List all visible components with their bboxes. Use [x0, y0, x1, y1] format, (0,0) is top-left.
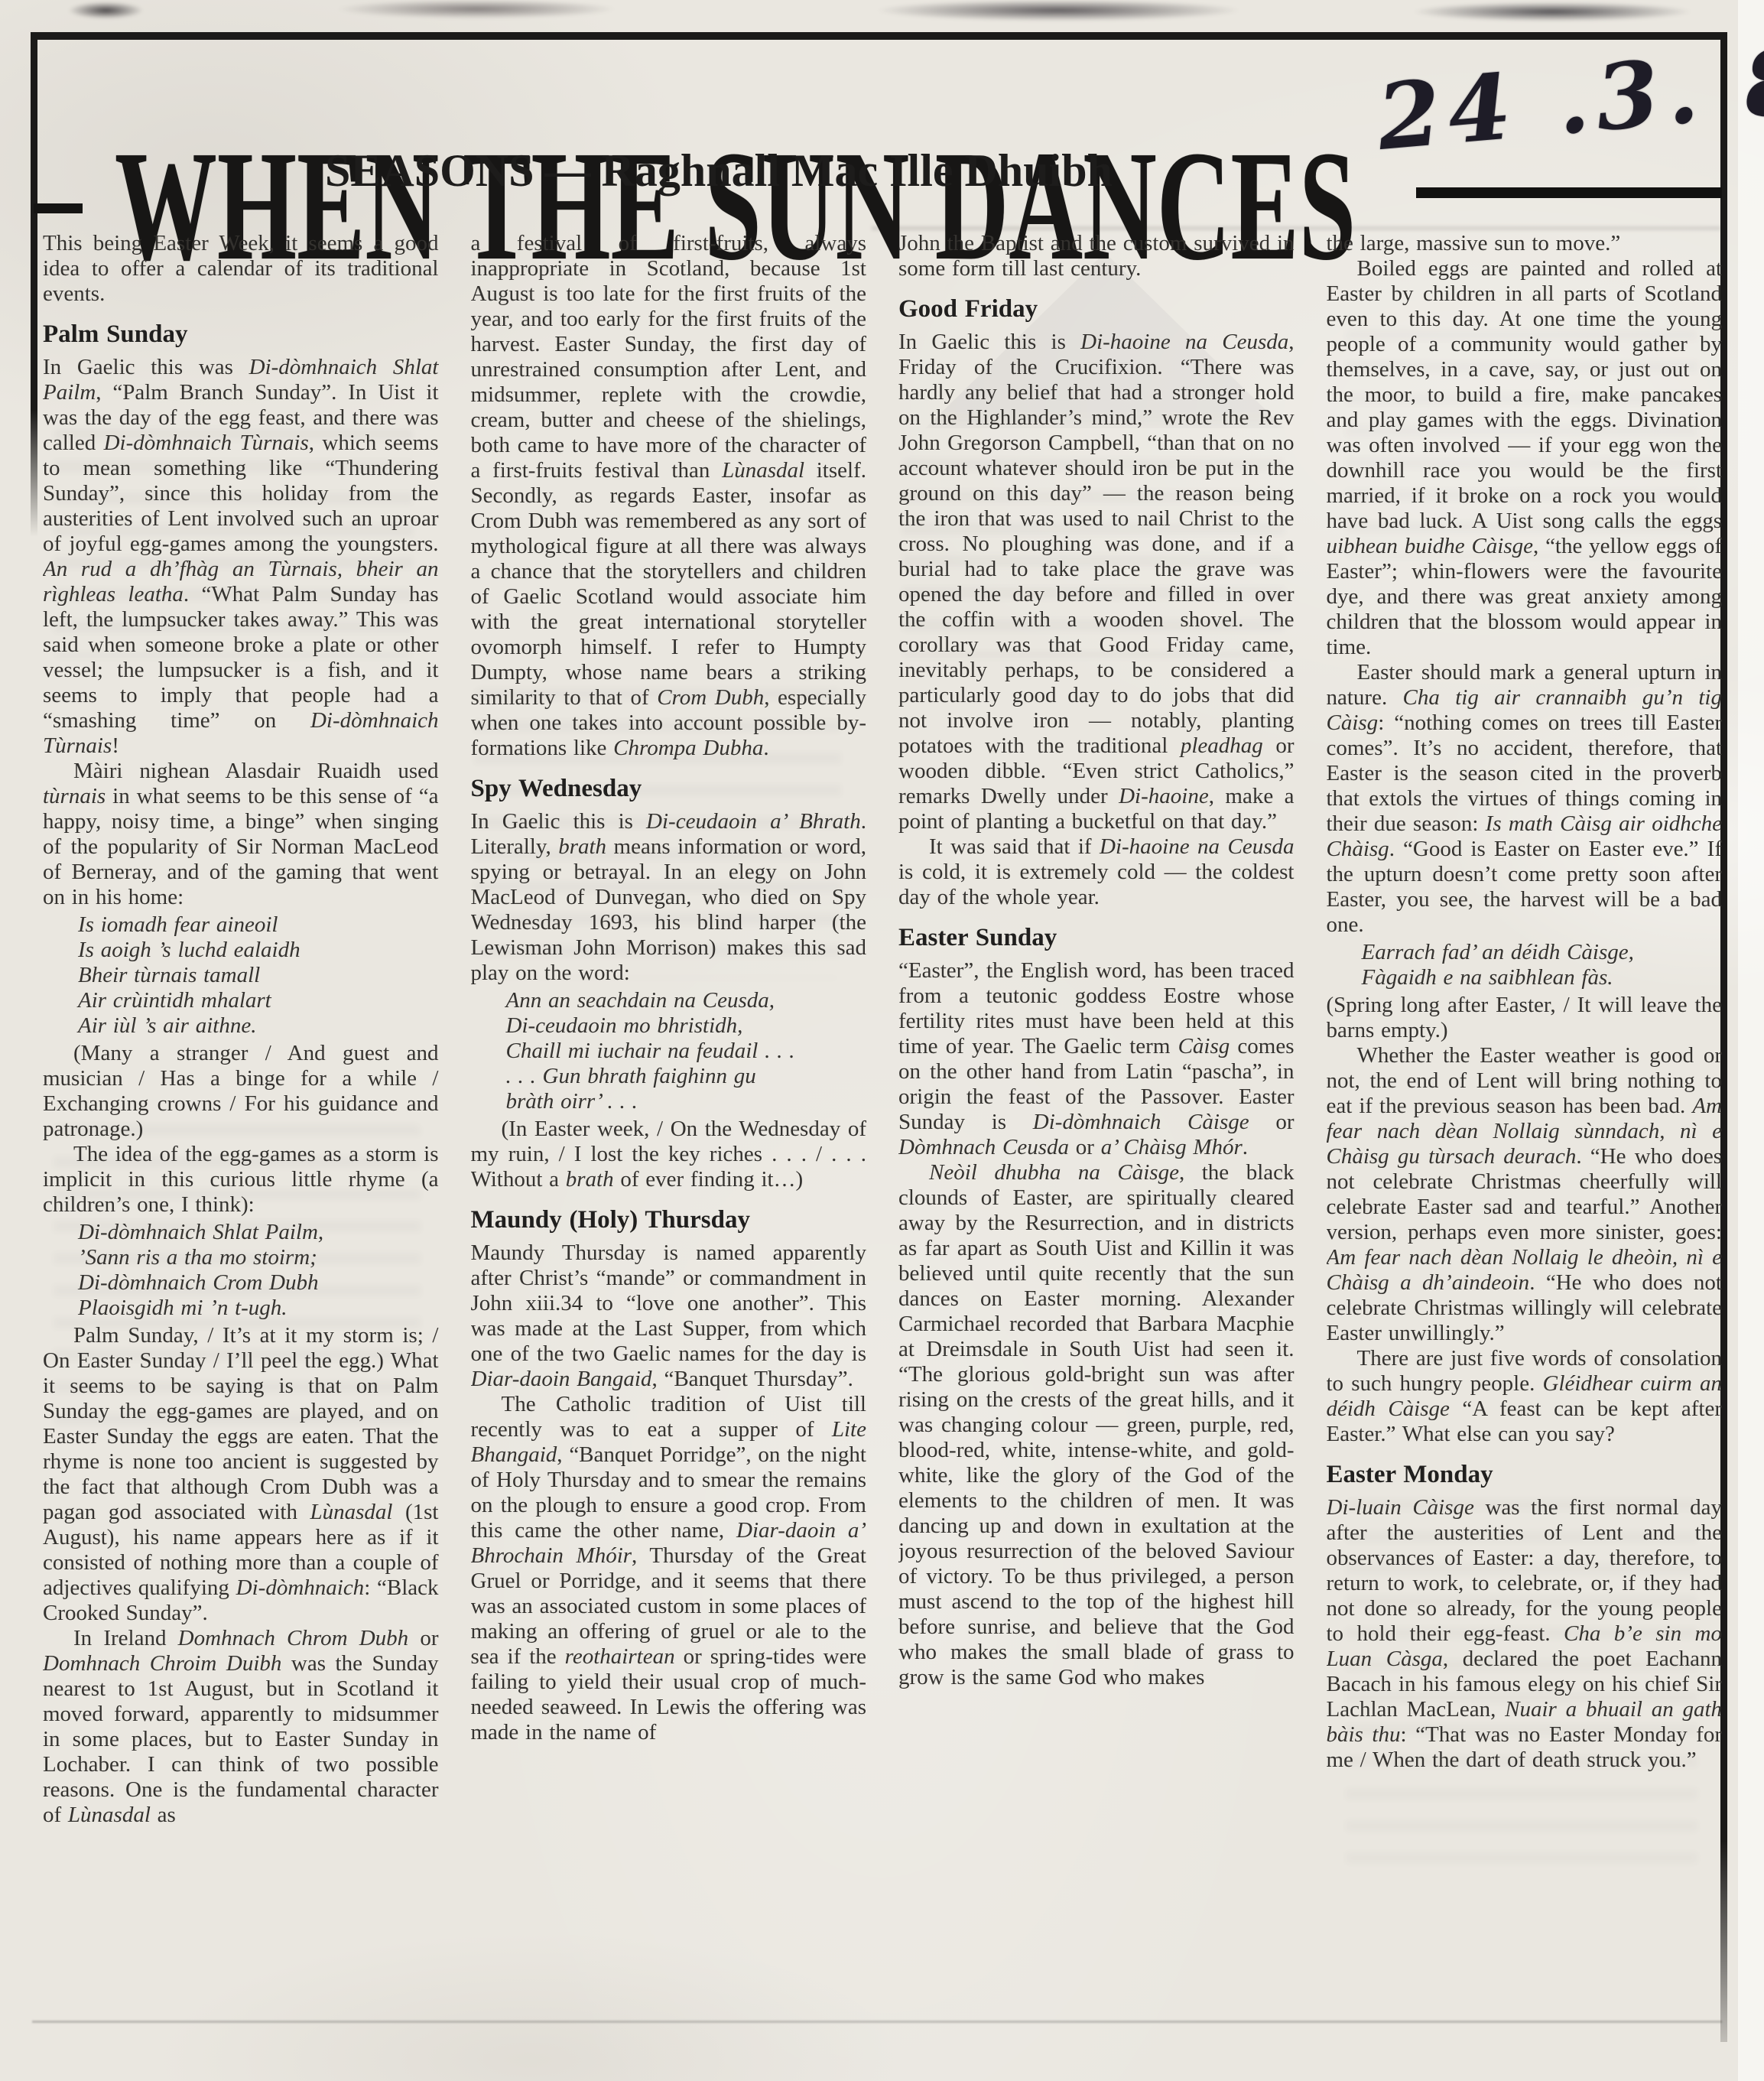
gaelic-verse: Ann an seachdain na Ceusda,Di-ceudaoin m… — [506, 988, 867, 1114]
gaelic-phrase: Diar-daoin Bangaid — [471, 1367, 652, 1391]
paragraph: (In Easter week, / On the Wednesday of m… — [471, 1117, 867, 1192]
gaelic-phrase: Di-dòmhnaich Tùrnais — [104, 431, 309, 455]
paragraph: a festival of first-fruits, always inapp… — [471, 231, 867, 761]
gaelic-phrase: Di-dòmhnaich — [236, 1575, 365, 1600]
paragraph: The Catholic tradition of Uist till rece… — [471, 1392, 867, 1745]
paragraph: In Ireland Domhnach Chrom Dubh or Domhna… — [43, 1626, 439, 1828]
gaelic-phrase: pleadhag — [1181, 733, 1263, 758]
verse-line: Air iùl ’s air aithne. — [78, 1013, 439, 1039]
gaelic-phrase: Lùnasdal — [722, 458, 804, 483]
verse-line: Di-dòmhnaich Crom Dubh — [78, 1270, 439, 1296]
gaelic-phrase: Di-haoine na Ceusda — [1080, 330, 1288, 354]
gaelic-phrase: Crom Dubh — [657, 685, 764, 710]
subtitle-label: SEASONS — [325, 145, 534, 196]
paragraph: Whether the Easter weather is good or no… — [1327, 1043, 1723, 1346]
paragraph: Màiri nighean Alasdair Ruaidh used tùrna… — [43, 759, 439, 910]
section-heading: Maundy (Holy) Thursday — [471, 1206, 867, 1234]
handwritten-date: 24 .3. 89 — [1373, 21, 1764, 171]
verse-line: Air crùintidh mhalart — [78, 988, 439, 1013]
section-heading: Spy Wednesday — [471, 775, 867, 803]
verse-line: Is iomadh fear aineoil — [78, 912, 439, 938]
header-rule-left-stub — [34, 203, 83, 213]
gaelic-phrase: brath — [558, 834, 606, 859]
verse-line: Ann an seachdain na Ceusda, — [506, 988, 867, 1013]
subtitle: SEASONS—Raghnall Mac Ille Dhuibh — [321, 147, 1116, 195]
gaelic-verse: Di-dòmhnaich Shlat Pailm,’Sann ris a tha… — [78, 1220, 439, 1321]
column-2: a festival of first-fruits, always inapp… — [471, 231, 867, 2066]
paragraph: (Spring long after Easter, / It will lea… — [1327, 993, 1723, 1043]
verse-line: Is aoigh ’s luchd ealaidh — [78, 938, 439, 963]
subtitle-separator: — — [545, 145, 591, 196]
scan-right-edge — [1738, 0, 1764, 2081]
paragraph: John the Baptist and the custom survived… — [898, 231, 1295, 281]
verse-line: bràth oirr’ . . . — [506, 1089, 867, 1114]
byline: Raghnall Mac Ille Dhuibh — [602, 145, 1113, 196]
verse-line: . . . Gun bhrath faighinn gu — [506, 1064, 867, 1089]
gaelic-phrase: reothairtean — [565, 1644, 675, 1669]
gaelic-phrase: Di-haoine na Ceusda — [1100, 834, 1295, 859]
verse-line: Di-ceudaoin mo bhristidh, — [506, 1013, 867, 1039]
gaelic-phrase: Lùnasdal — [68, 1803, 151, 1827]
verse-line: Di-dòmhnaich Shlat Pailm, — [78, 1220, 439, 1245]
paragraph: Palm Sunday, / It’s at it my storm is; /… — [43, 1323, 439, 1626]
section-heading: Easter Sunday — [898, 924, 1295, 952]
paragraph: Neòil dhubha na Càisge, the black clound… — [898, 1160, 1295, 1690]
paragraph: Maundy Thursday is named apparently afte… — [471, 1240, 867, 1392]
verse-line: Fàgaidh e na saibhlean fàs. — [1362, 965, 1723, 990]
gaelic-phrase: brath — [566, 1167, 614, 1192]
header-rule-right — [1416, 187, 1722, 198]
gaelic-verse: Is iomadh fear aineoilIs aoigh ’s luchd … — [78, 912, 439, 1039]
gaelic-phrase: Domhnach Chroim Duibh — [43, 1651, 281, 1676]
gaelic-phrase: tùrnais — [43, 784, 106, 808]
verse-line: Bheir tùrnais tamall — [78, 963, 439, 988]
scan-top-smudge — [0, 0, 1764, 26]
verse-line: ’Sann ris a tha mo stoirm; — [78, 1245, 439, 1270]
paragraph: “Easter”, the English word, has been tra… — [898, 958, 1295, 1160]
paragraph: In Gaelic this is Di-haoine na Ceusda, F… — [898, 330, 1295, 834]
verse-line: Chaill mi iuchair na feudail . . . — [506, 1039, 867, 1064]
paragraph: It was said that if Di-haoine na Ceusda … — [898, 834, 1295, 910]
paragraph: In Gaelic this was Di-dòmhnaich Shlat Pa… — [43, 355, 439, 759]
gaelic-phrase: Càisg — [1178, 1034, 1230, 1058]
paragraph: Boiled eggs are painted and rolled at Ea… — [1327, 256, 1723, 660]
section-heading: Good Friday — [898, 295, 1295, 324]
frame-top-border — [31, 32, 1727, 40]
gaelic-phrase: Di-luain Càisge — [1327, 1495, 1474, 1520]
gaelic-phrase: Di-haoine — [1119, 784, 1209, 808]
gaelic-verse: Earrach fad’ an déidh Càisge,Fàgaidh e n… — [1362, 940, 1723, 990]
gaelic-phrase: Chrompa Dubha — [613, 736, 763, 760]
article-body: This being Easter Week, it seems a good … — [43, 231, 1722, 2066]
gaelic-phrase: Neòil dhubha na Càisge — [929, 1160, 1179, 1185]
paragraph: the large, massive sun to move.” — [1327, 231, 1723, 256]
column-4: the large, massive sun to move.”Boiled e… — [1327, 231, 1723, 2066]
paragraph: The idea of the egg-games as a storm is … — [43, 1142, 439, 1218]
gaelic-phrase: Lùnasdal — [310, 1500, 393, 1524]
verse-line: Earrach fad’ an déidh Càisge, — [1362, 940, 1723, 965]
gaelic-phrase: Domhnach Chrom Dubh — [178, 1626, 409, 1650]
column-3: John the Baptist and the custom survived… — [898, 231, 1295, 2066]
gaelic-phrase: Di-dòmhnaich Càisge — [1033, 1110, 1249, 1134]
gaelic-phrase: a’ Chàisg Mhór — [1101, 1135, 1243, 1159]
verse-line: Plaoisgidh mi ’n t-ugh. — [78, 1296, 439, 1321]
gaelic-phrase: Di-ceudaoin a’ Bhrath — [646, 809, 861, 834]
paragraph: In Gaelic this is Di-ceudaoin a’ Bhrath.… — [471, 809, 867, 986]
gaelic-phrase: uibhean buidhe Càisge — [1327, 534, 1534, 558]
paragraph: Di-luain Càisge was the first normal day… — [1327, 1495, 1723, 1773]
paragraph: Easter should mark a general upturn in n… — [1327, 660, 1723, 938]
section-heading: Palm Sunday — [43, 320, 439, 349]
section-heading: Easter Monday — [1327, 1461, 1723, 1489]
paragraph: (Many a stranger / And guest and musicia… — [43, 1041, 439, 1142]
paragraph: This being Easter Week, it seems a good … — [43, 231, 439, 307]
paragraph: There are just five words of consolation… — [1327, 1346, 1723, 1447]
frame-left-border — [31, 32, 37, 537]
column-1: This being Easter Week, it seems a good … — [43, 231, 439, 2066]
gaelic-phrase: Dòmhnach Ceusda — [898, 1135, 1069, 1159]
